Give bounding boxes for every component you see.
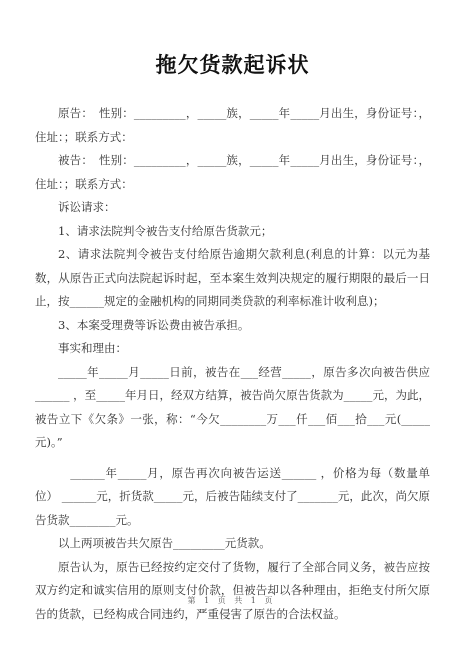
page-number-indicator: 第 1 页 共 1 页 (0, 595, 463, 606)
plaintiff-info-paragraph: 原告： 性别：_________，_____族，_____年_____月出生，身… (35, 102, 430, 149)
claim-item-1: 1、请求法院判令被告支付给原告货款元； (35, 220, 430, 244)
document-title: 拖欠货款起诉状 (35, 50, 430, 80)
facts-paragraph-1: _____年_____月_____日前，被告在___经营_____，原告多次向被… (35, 361, 430, 455)
facts-total-paragraph: 以上两项被告共欠原告_________元货款。 (35, 532, 430, 556)
claim-item-3: 3、本案受理费等诉讼费由被告承担。 (35, 314, 430, 338)
facts-paragraph-2: ______年_____月，原告再次向被告运送______ ，价格为每（数量单位… (35, 462, 430, 533)
defendant-info-paragraph: 被告： 性别：_________，_____族，_____年_____月出生，身… (35, 149, 430, 196)
document-body: 原告： 性别：_________，_____族，_____年_____月出生，身… (35, 102, 430, 626)
claims-heading: 诉讼请求： (35, 196, 430, 220)
document-page: 拖欠货款起诉状 原告： 性别：_________，_____族，_____年__… (0, 0, 463, 655)
facts-heading: 事实和理由： (35, 337, 430, 361)
argument-paragraph: 原告认为，原告已经按约定交付了货物，履行了全部合同义务，被告应按双方约定和诚实信… (35, 556, 430, 627)
claim-item-2: 2、请求法院判令被告支付给原告逾期欠款利息(利息的计算：以元为基数，从原告正式向… (35, 243, 430, 314)
